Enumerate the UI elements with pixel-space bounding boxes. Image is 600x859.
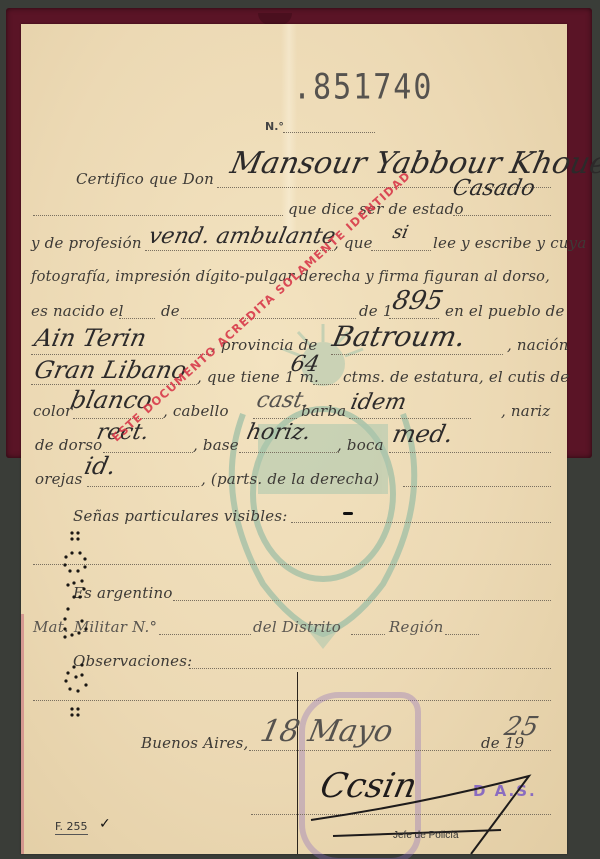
signature-stroke-icon — [21, 24, 567, 854]
perforated-number-icon — [52, 525, 102, 725]
label-jefe-de-policia: Jefe de Policía — [393, 830, 459, 841]
check-mark-icon: ✓ — [99, 816, 111, 832]
identity-certificate: .851740 N.° Certifico que Don Mansour Ya… — [21, 24, 567, 854]
form-code: F. 255 — [55, 820, 88, 835]
